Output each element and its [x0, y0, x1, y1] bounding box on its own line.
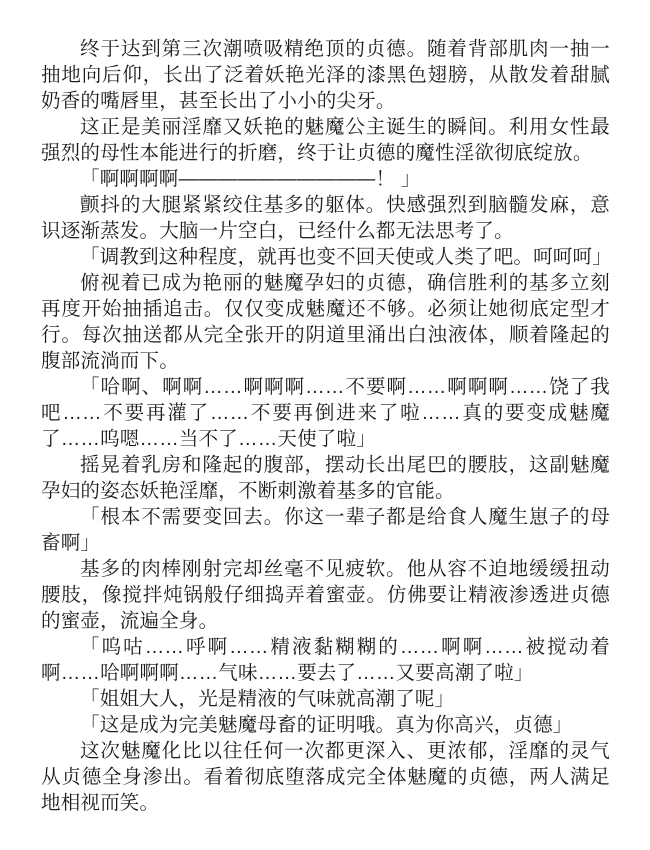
narration-paragraph: 这正是美丽淫靡又妖艳的魅魔公主诞生的瞬间。利用女性最强烈的母性本能进行的折磨，终…	[41, 114, 610, 166]
dialogue-paragraph: 「姐姐大人，光是精液的气味就高潮了呢」	[41, 686, 610, 712]
narration-paragraph: 摇晃着乳房和隆起的腹部，摆动长出尾巴的腰肢，这副魅魔孕妇的姿态妖艳淫靡，不断刺激…	[41, 452, 610, 504]
narration-paragraph: 俯视着已成为艳丽的魅魔孕妇的贞德，确信胜利的基多立刻再度开始抽插追击。仅仅变成魅…	[41, 270, 610, 374]
narration-paragraph: 这次魅魔化比以往任何一次都更深入、更浓郁，淫靡的灵气从贞德全身渗出。看着彻底堕落…	[41, 738, 610, 816]
dialogue-paragraph: 「呜咕……呼啊……精液黏糊糊的……啊啊……被搅动着啊……哈啊啊啊……气味……要去…	[41, 634, 610, 686]
narration-paragraph: 基多的肉棒刚射完却丝毫不见疲软。他从容不迫地缓缓扭动腰肢，像搅拌炖锅般仔细捣弄着…	[41, 556, 610, 634]
narration-paragraph: 终于达到第三次潮喷吸精绝顶的贞德。随着背部肌肉一抽一抽地向后仰，长出了泛着妖艳光…	[41, 36, 610, 114]
document-page: 终于达到第三次潮喷吸精绝顶的贞德。随着背部肌肉一抽一抽地向后仰，长出了泛着妖艳光…	[0, 0, 650, 850]
dialogue-paragraph: 「根本不需要变回去。你这一辈子都是给食人魔生崽子的母畜啊」	[41, 504, 610, 556]
dialogue-paragraph: 「这是成为完美魅魔母畜的证明哦。真为你高兴，贞德」	[41, 712, 610, 738]
narration-paragraph: 颤抖的大腿紧紧绞住基多的躯体。快感强烈到脑髓发麻，意识逐渐蒸发。大脑一片空白，已…	[41, 192, 610, 244]
dialogue-paragraph: 「调教到这种程度，就再也变不回天使或人类了吧。呵呵呵」	[41, 244, 610, 270]
dialogue-paragraph: 「啊啊啊啊——————————！ 」	[41, 166, 610, 192]
dialogue-paragraph: 「哈啊、啊啊……啊啊啊……不要啊……啊啊啊……饶了我吧……不要再灌了……不要再倒…	[41, 374, 610, 452]
